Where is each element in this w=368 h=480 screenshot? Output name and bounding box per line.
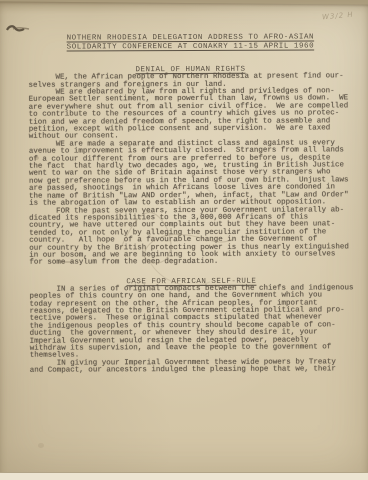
paper-speck	[38, 443, 44, 448]
paragraph-debarred-by-law: WE are debarred by law from all rights a…	[29, 88, 353, 141]
paragraph-giving-imperial-government-powers: IN giving your Imperial Government these…	[30, 359, 354, 375]
paper-bottom-edge	[0, 472, 368, 480]
paragraph-series-of-original-compacts: IN a series of original compacts between…	[29, 285, 353, 360]
paper-speck	[34, 156, 39, 160]
document-content: NOTHERN RHODESIA DELEGATION ADDRESS TO A…	[28, 0, 354, 375]
paragraph-separate-and-distinct-class: WE are made a separate and distinct clas…	[29, 140, 353, 208]
paragraph-past-seven-years: FOR the past seven years, since your Gov…	[29, 207, 353, 268]
title-line-2: SOLIDARITY CONFERENCE AT CONAKRY 11-15 A…	[28, 42, 352, 52]
scanned-page: W3/2 H NOTHERN RHODESIA DELEGATION ADDRE…	[0, 0, 368, 480]
document-title: NOTHERN RHODESIA DELEGATION ADDRESS TO A…	[28, 33, 352, 52]
